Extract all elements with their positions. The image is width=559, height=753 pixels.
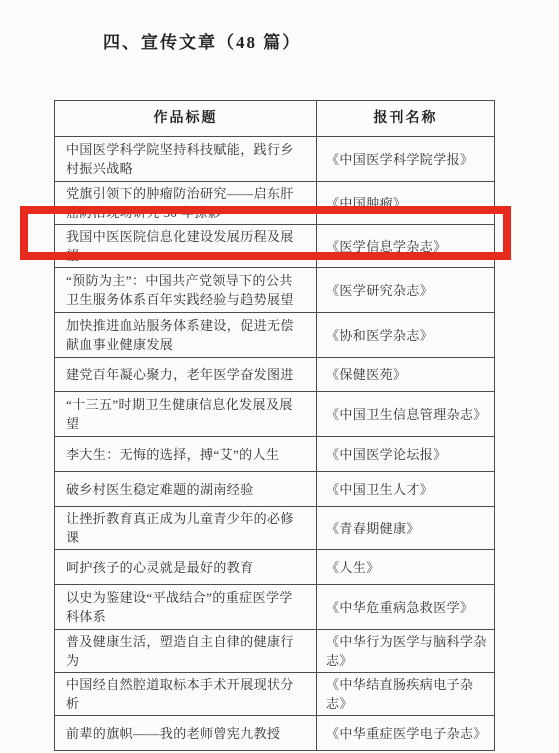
journal-name-cell: 《中华行为医学与脑科学杂志》	[317, 630, 495, 673]
journal-name-cell: 《青春期健康》	[317, 507, 495, 550]
article-title-cell: 以史为鉴建设“平战结合”的重症医学学科体系	[55, 585, 317, 630]
table-row: 加快推进血站服务体系建设，促进无偿献血事业健康发展《协和医学杂志》	[55, 313, 495, 358]
article-title-cell: 中国医学科学院坚持科技赋能，践行乡村振兴战略	[55, 137, 317, 182]
article-title-cell: 中国经自然腔道取标本手术开展现状分析	[55, 673, 317, 716]
journal-name-cell: 《中国医学论坛报》	[317, 437, 495, 472]
journal-name-cell: 《医学研究杂志》	[317, 268, 495, 313]
column-header-title: 作品标题	[55, 101, 317, 137]
article-title-cell: 普及健康生活，塑造自主自律的健康行为	[55, 630, 317, 673]
table-row: “十三五”时期卫生健康信息化发展及展望《中国卫生信息管理杂志》	[55, 392, 495, 437]
article-title-cell: 呵护孩子的心灵就是最好的教育	[55, 550, 317, 585]
column-header-journal: 报刊名称	[317, 101, 495, 137]
highlight-box	[20, 206, 511, 260]
header-row: 作品标题 报刊名称	[55, 101, 495, 137]
articles-table: 作品标题 报刊名称 中国医学科学院坚持科技赋能，践行乡村振兴战略《中国医学科学院…	[54, 100, 495, 751]
table-row: 建党百年凝心聚力，老年医学奋发图进《保健医苑》	[55, 358, 495, 392]
table-row: 中国经自然腔道取标本手术开展现状分析《中华结直肠疾病电子杂志》	[55, 673, 495, 716]
article-title-cell: 加快推进血站服务体系建设，促进无偿献血事业健康发展	[55, 313, 317, 358]
journal-name-cell: 《保健医苑》	[317, 358, 495, 392]
table-row: 破乡村医生稳定难题的湖南经验《中国卫生人才》	[55, 472, 495, 507]
journal-name-cell: 《中国卫生信息管理杂志》	[317, 392, 495, 437]
table-row: 呵护孩子的心灵就是最好的教育《人生》	[55, 550, 495, 585]
journal-name-cell: 《中华结直肠疾病电子杂志》	[317, 673, 495, 716]
article-title-cell: “十三五”时期卫生健康信息化发展及展望	[55, 392, 317, 437]
journal-name-cell: 《中国卫生人才》	[317, 472, 495, 507]
journal-name-cell: 《中华重症医学电子杂志》	[317, 716, 495, 751]
section-title: 四、宣传文章（48 篇）	[103, 28, 301, 53]
article-title-cell: 破乡村医生稳定难题的湖南经验	[55, 472, 317, 507]
table-row: 中国医学科学院坚持科技赋能，践行乡村振兴战略《中国医学科学院学报》	[55, 137, 495, 182]
article-title-cell: 建党百年凝心聚力，老年医学奋发图进	[55, 358, 317, 392]
table-row: 前辈的旗帜——我的老师曾宪九教授《中华重症医学电子杂志》	[55, 716, 495, 751]
document-page: 四、宣传文章（48 篇） 作品标题 报刊名称 中国医学科学院坚持科技赋能，践行乡…	[0, 0, 559, 753]
table-row: 让挫折教育真正成为儿童青少年的必修课《青春期健康》	[55, 507, 495, 550]
article-title-cell: “预防为主”：中国共产党领导下的公共卫生服务体系百年实践经验与趋势展望	[55, 268, 317, 313]
journal-name-cell: 《人生》	[317, 550, 495, 585]
journal-name-cell: 《中华危重病急救医学》	[317, 585, 495, 630]
table-row: “预防为主”：中国共产党领导下的公共卫生服务体系百年实践经验与趋势展望《医学研究…	[55, 268, 495, 313]
journal-name-cell: 《协和医学杂志》	[317, 313, 495, 358]
table-row: 以史为鉴建设“平战结合”的重症医学学科体系《中华危重病急救医学》	[55, 585, 495, 630]
table-row: 普及健康生活，塑造自主自律的健康行为《中华行为医学与脑科学杂志》	[55, 630, 495, 673]
articles-table-header: 作品标题 报刊名称	[55, 101, 495, 137]
article-title-cell: 李大生：无悔的选择，搏“艾”的人生	[55, 437, 317, 472]
journal-name-cell: 《中国医学科学院学报》	[317, 137, 495, 182]
article-title-cell: 前辈的旗帜——我的老师曾宪九教授	[55, 716, 317, 751]
article-title-cell: 让挫折教育真正成为儿童青少年的必修课	[55, 507, 317, 550]
table-row: 李大生：无悔的选择，搏“艾”的人生《中国医学论坛报》	[55, 437, 495, 472]
